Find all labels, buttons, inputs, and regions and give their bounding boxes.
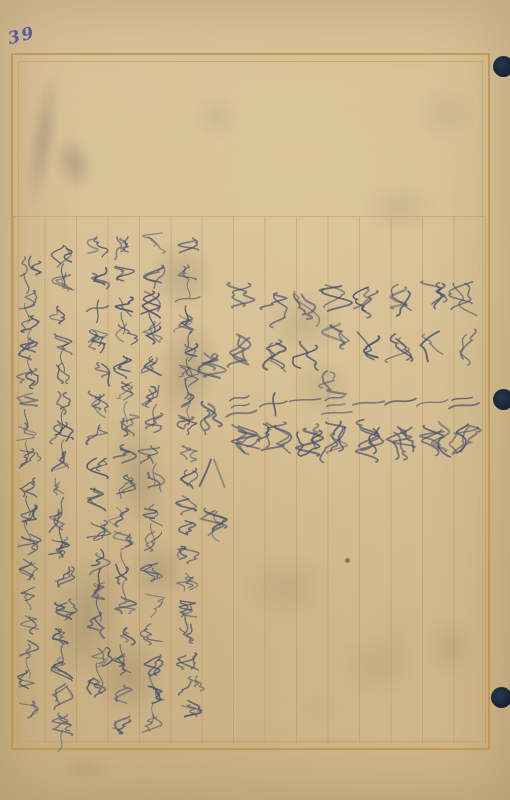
binding-hole [491,687,510,708]
list-column [319,285,352,462]
binding-hole [493,56,510,77]
list-column [226,283,260,454]
handwriting-layer [0,0,510,800]
prose-column [109,237,139,734]
list-column [258,293,291,453]
prose-column [174,238,204,717]
prose-column [17,256,41,718]
list-column [417,281,451,457]
list-column [353,287,384,462]
list-column [289,292,323,457]
binding-hole [493,389,510,410]
list-column [449,282,481,454]
manuscript-page: 39 [0,0,510,800]
list-column [385,285,416,460]
prose-column [138,233,165,732]
prose-column [49,245,77,751]
list-total-column [198,353,227,541]
prose-column [86,237,112,697]
